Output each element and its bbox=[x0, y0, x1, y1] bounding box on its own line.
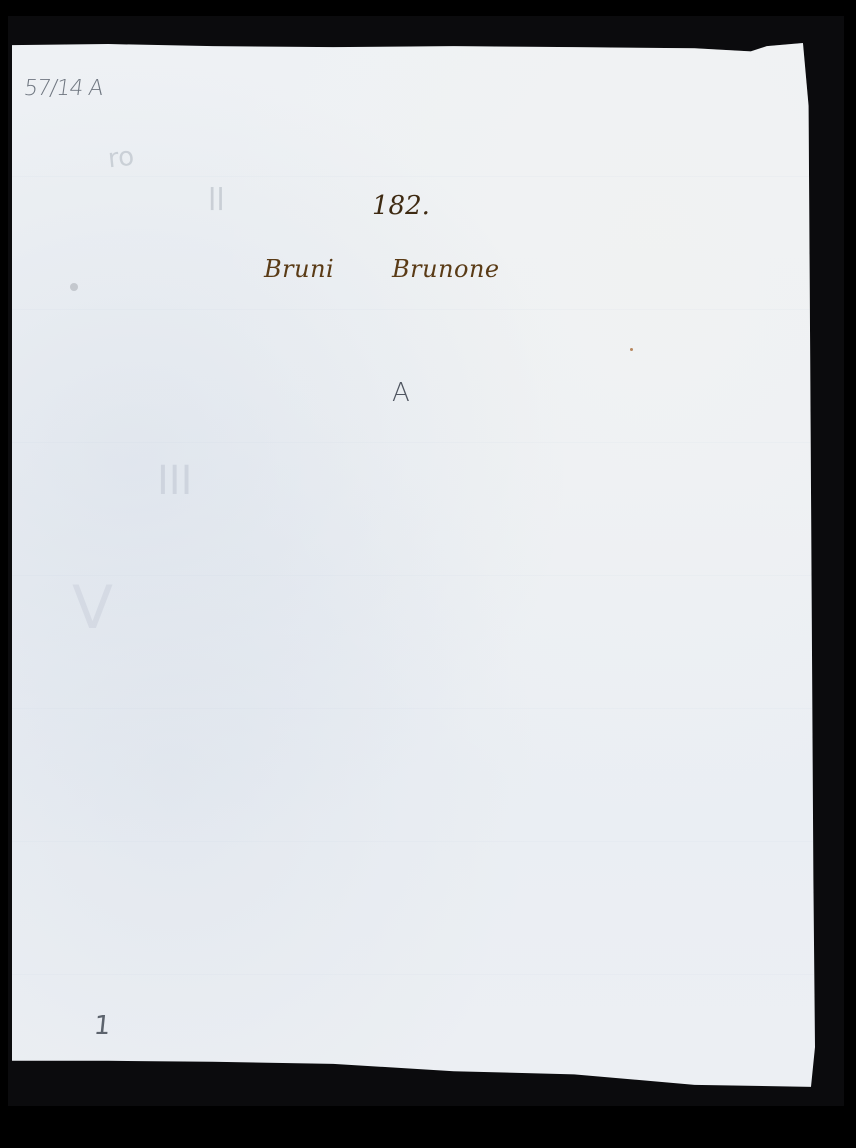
shelfmark-label: 57/14 A bbox=[22, 76, 104, 101]
faint-pencil-mark: ro bbox=[107, 142, 136, 175]
ink-stain bbox=[70, 283, 78, 291]
faint-pencil-mark: ll bbox=[208, 183, 225, 218]
section-letter: A bbox=[392, 378, 410, 408]
faint-pencil-mark: V bbox=[72, 573, 113, 643]
scan-background: ro ll III V 57/14 A 182. Bruni Brunone A… bbox=[0, 0, 856, 1148]
document-number: 182. bbox=[372, 191, 430, 221]
ink-dot bbox=[630, 348, 633, 351]
page-number: 1 bbox=[92, 1011, 112, 1041]
faint-pencil-mark: III bbox=[157, 458, 192, 504]
name-last: Brunone bbox=[392, 255, 500, 283]
name-first: Bruni bbox=[264, 255, 334, 283]
manuscript-page: ro ll III V 57/14 A 182. Bruni Brunone A… bbox=[12, 43, 815, 1089]
